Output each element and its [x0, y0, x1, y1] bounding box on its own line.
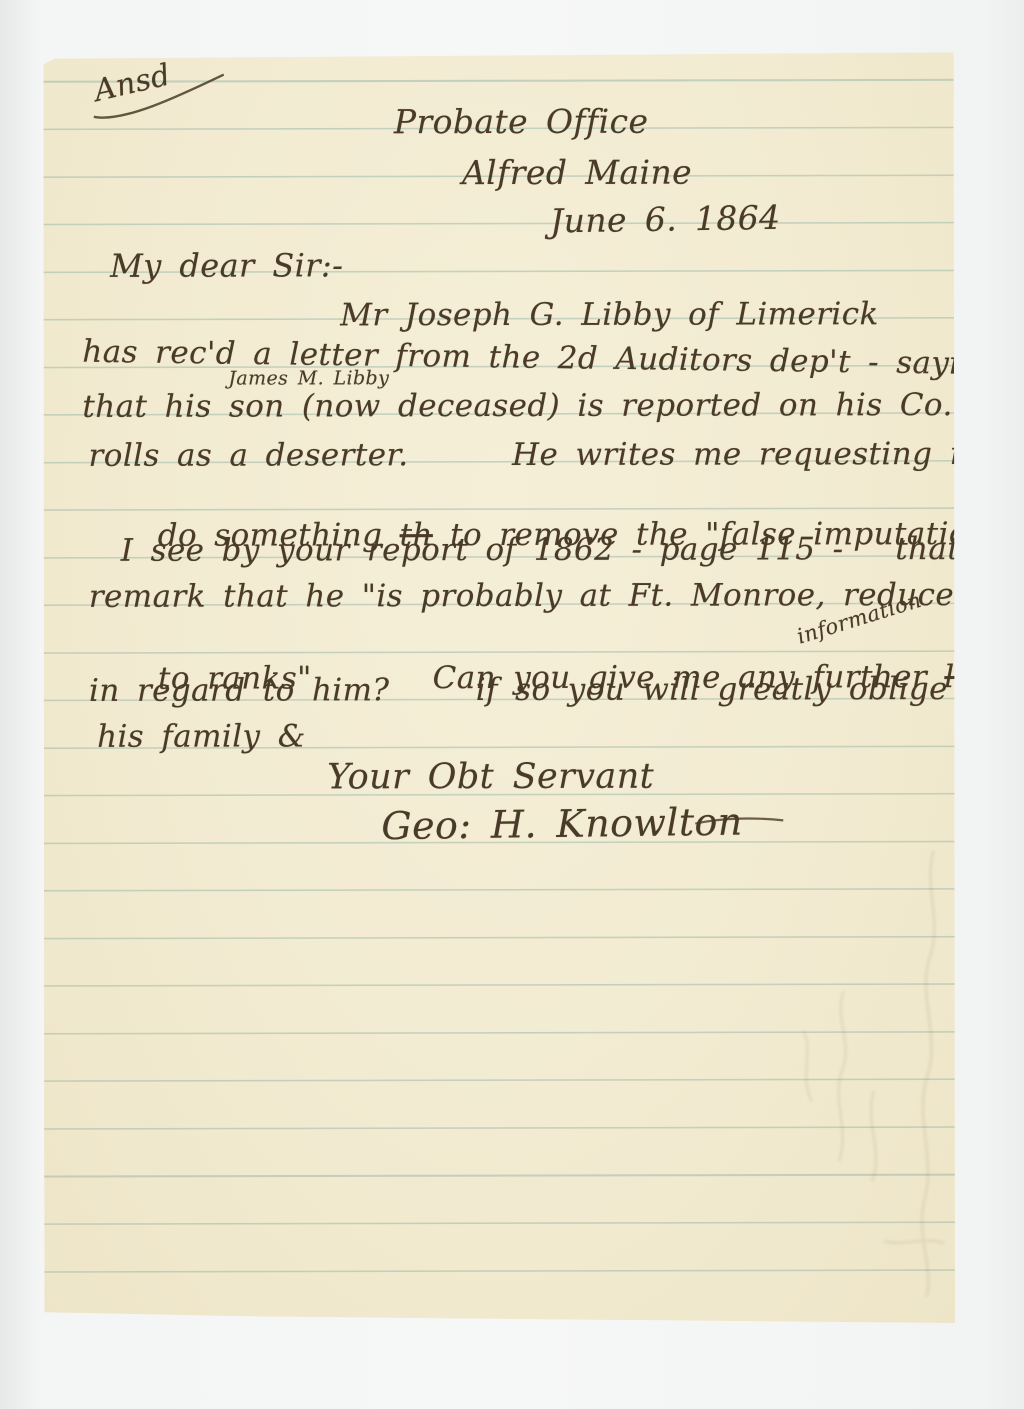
salutation: My dear Sir:- [110, 248, 343, 284]
body-line-10: his family & [97, 719, 306, 754]
body-line-6: I see by your report of 1862 - page 115 … [121, 532, 1024, 568]
signature: Geo: H. Knowlton [381, 802, 743, 848]
heading-place: Alfred Maine [462, 155, 692, 192]
scanned-letter-page: { "letter": { "annotation": "Ansd", "hea… [0, 0, 1024, 1409]
annotation-flourish-stroke [90, 79, 230, 123]
body-line-1: Mr Joseph G. Libby of Limerick [340, 297, 879, 332]
body-line-7: remark that he "is probably at Ft. Monro… [89, 578, 975, 614]
body-line-9: in regard to him? if so you will greatly… [89, 672, 948, 708]
ink-bleed-through [783, 841, 964, 1301]
body-line-3: that his son (now deceased) is reported … [82, 388, 952, 424]
struck-out-word-light: light [944, 659, 1018, 695]
letter-paper: Ansd Probate Office Alfred Maine June 6.… [42, 51, 957, 1325]
body-line-4: rolls as a deserter. He writes me reques… [88, 437, 1024, 473]
heading-date: June 6. 1864 [550, 200, 781, 240]
signature-flourish-stroke [695, 813, 785, 829]
interline-insertion-name: James M. Libby [228, 368, 389, 389]
heading-office: Probate Office [394, 104, 649, 141]
closing: Your Obt Servant [327, 758, 654, 797]
body-line-2: has rec'd a letter from the 2d Auditors … [82, 335, 1000, 382]
